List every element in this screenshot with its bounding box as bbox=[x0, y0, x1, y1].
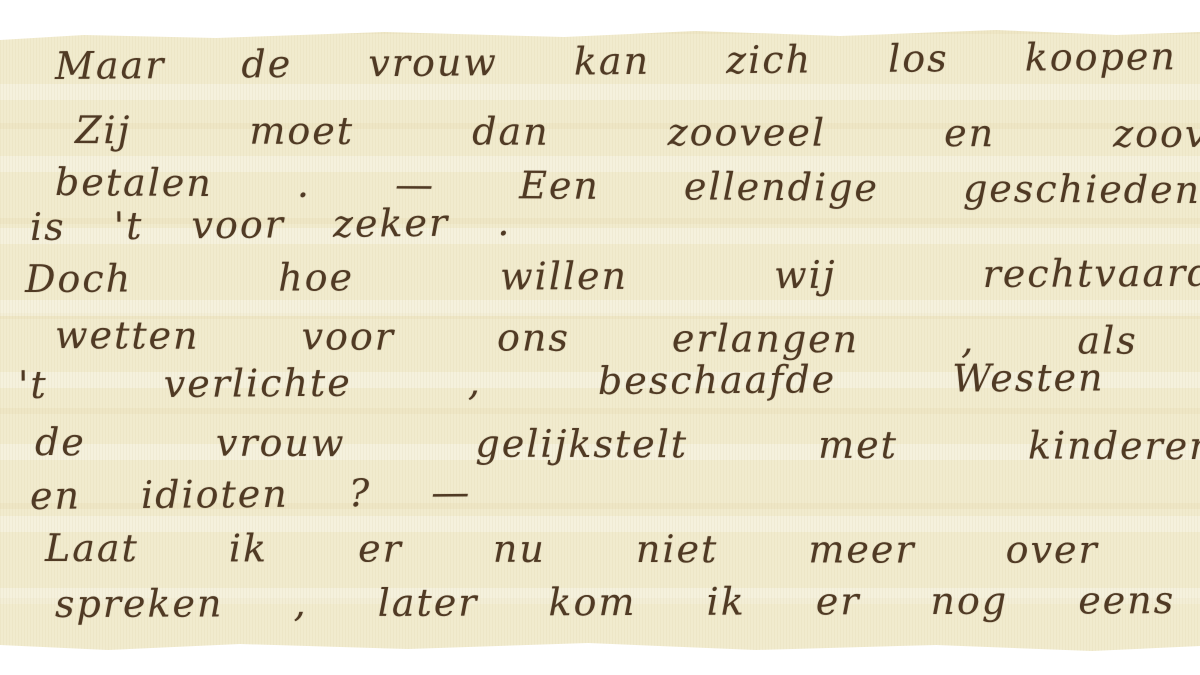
handwritten-line-9: en idioten ? — bbox=[30, 472, 472, 518]
handwritten-line-5: Doch hoe willen wij rechtvaardige bbox=[25, 252, 1200, 300]
handwritten-line-7: 't verlichte , beschaafde Westen men bbox=[18, 356, 1200, 407]
handwritten-line-2: Zij moet dan zooveel en zooveel bbox=[75, 110, 1200, 156]
scanned-letter-page: Maar de vrouw kan zich los koopen — Zij … bbox=[0, 0, 1200, 675]
handwritten-line-8: de vrouw gelijkstelt met kinderen bbox=[35, 422, 1200, 468]
handwritten-line-4: is 't voor zeker . bbox=[30, 202, 512, 249]
handwritten-line-11: spreken , later kom ik er nog eens op bbox=[55, 580, 1200, 626]
handwritten-line-10: Laat ik er nu niet meer over bbox=[45, 528, 1099, 572]
